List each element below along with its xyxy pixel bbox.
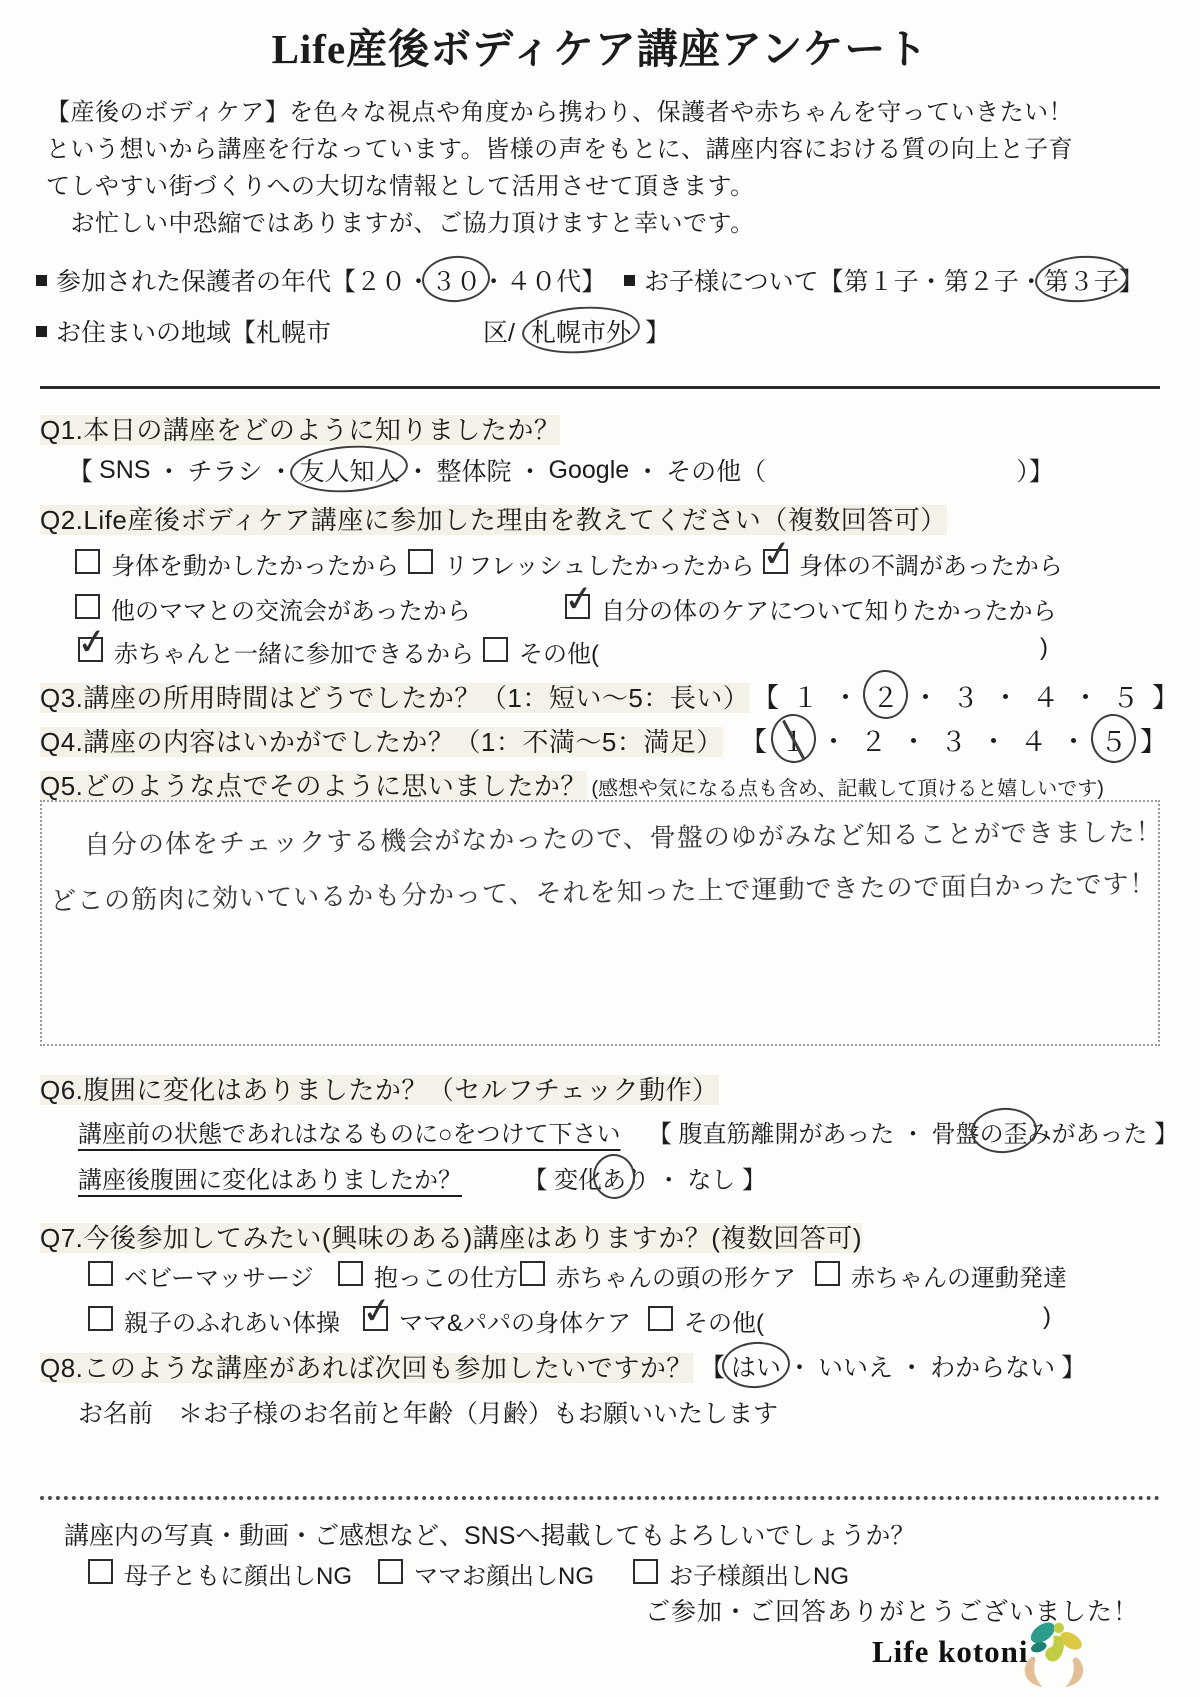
bracket: 】 [1154,1121,1178,1148]
profile-region-line: お住まいの地域 【 札幌市 区/ 札幌市外 】 [36,313,670,349]
scanned-survey-page: Life産後ボディケア講座アンケート 【産後のボディケア】を色々な視点や角度から… [0,0,1200,1697]
q3-scale-2: ２ [872,676,899,715]
q7-heading-text: Q7.今後参加してみたい(興味のある)講座はありますか？(複数回答可) [40,1223,862,1253]
q6-before-line: 講座前の状態であれはなるものに○をつけて下さい 【 腹直筋離開があった ・ 骨盤… [78,1114,1178,1149]
separator: ・ [820,720,847,759]
q2-item-5: 赤ちゃんと一緒に参加できるから [78,634,474,669]
bracket: 【 [752,676,779,715]
q5-heading: Q5.どのような点でそのように思いましたか？ (感想や気になる点も含め、記載して… [40,766,1104,803]
bracket: 】 [581,262,606,298]
q4-scale-1: １ [780,720,807,759]
separator: ・ [899,1348,924,1384]
q4-scale: 【 １ ・ ２ ・ ３ ・ ４ ・ ５ 】 [740,720,1180,759]
q2-heading-text: Q2.Life産後ボディケア講座に参加した理由を教えてください（複数回答可） [40,505,947,535]
q1-option-flyer: チラシ [187,452,262,488]
region-ward-label: 区/ [483,313,515,349]
q8-option-yes: はい [731,1348,781,1384]
section-divider [40,386,1160,389]
separator: ・ [406,262,431,298]
q3-scale-4: ４ [1032,676,1059,715]
checkbox-label: ママお顔出しNG [414,1556,594,1591]
checkbox-icon [75,594,100,619]
separator: ・ [518,452,543,488]
age-option-40: ４０代 [506,262,581,298]
q1-option-google: Google [549,456,630,485]
bracket: 【 [740,720,767,759]
checkbox-label: その他( [684,1303,764,1338]
q6-after-line: 講座後腹囲に変化はありましたか？ 【 変化あり ・ なし 】 [78,1160,766,1195]
name-field-label: お名前 ＊お子様のお名前と年齢（月齢）もお願いいたします [78,1394,778,1430]
sns-item-1: ママお顔出しNG [378,1556,594,1591]
q6-after-label: 講座後腹囲に変化はありましたか？ [78,1167,462,1194]
q8-options: 【 はい ・ いいえ ・ わからない 】 [700,1348,1092,1384]
q7-item-4: 親子のふれあい体操 [88,1303,340,1338]
checkbox-icon [75,549,100,574]
q6-after-option-pre: 変化 [554,1167,602,1194]
q6-after-option-tail: り [626,1167,650,1194]
q2-heading: Q2.Life産後ボディケア講座に参加した理由を教えてください（複数回答可） [40,500,947,537]
q2-item-0: 身体を動かしたかったから [75,546,399,581]
q6-before-option-1: 腹直筋離開があった [679,1121,895,1148]
q7-item-6: その他( [648,1303,764,1338]
q6-heading-text: Q6.腹囲に変化はありましたか？（セルフチェック動作） [40,1075,719,1105]
q6-heading: Q6.腹囲に変化はありましたか？（セルフチェック動作） [40,1070,719,1107]
checkbox-label: 赤ちゃんと一緒に参加できるから [114,634,474,669]
q3-heading: Q3.講座の所用時間はどうでしたか？（1：短い～5：長い） [40,678,749,715]
q2-item-6: その他( [483,634,599,669]
bracket: 【 [231,313,256,349]
checkbox-label: 赤ちゃんの運動発達 [851,1258,1067,1293]
checkbox-label: ベビーマッサージ [124,1258,314,1293]
separator: ・ [900,720,927,759]
q1-option-seitai: 整体院 [437,452,512,488]
q5-heading-note: (感想や気になる点も含め、記載して頂けると嬉しいです) [591,778,1104,800]
checkbox-label: 抱っこの仕方 [374,1258,518,1293]
q3-heading-text: Q3.講座の所用時間はどうでしたか？（1：短い～5：長い） [40,683,749,713]
separator: ・ [912,676,939,715]
checkbox-label: 他のママとの交流会があったから [111,591,471,626]
age-label: 参加された保護者の年代 [56,262,331,298]
q7-item-0: ベビーマッサージ [88,1258,314,1293]
q6-after-option-circled: あ [602,1160,626,1195]
q7-item-1: 抱っこの仕方 [338,1258,518,1293]
bracket: 】 [1119,262,1144,298]
q3-scale-1: １ [792,676,819,715]
checkbox-icon [88,1559,113,1584]
region-label: お住まいの地域 [56,313,231,349]
bracket: 【 [648,1121,672,1148]
sns-question: 講座内の写真・動画・ご感想など、SNSへ掲載してもよろしいでしょうか？ [64,1516,915,1552]
q1-option-other: その他（ [666,452,766,488]
dotted-divider [40,1496,1160,1500]
child-option-1: 第１子 [844,262,919,298]
checkbox-label: 赤ちゃんの頭の形ケア [556,1258,796,1293]
checkbox-icon [338,1261,363,1286]
checkbox-icon [520,1261,545,1286]
q8-heading-text: Q8.このような講座があれば次回も参加したいですか？ [40,1353,693,1383]
q7-item-5: ママ&パパの身体ケア [363,1303,631,1338]
bracket: 【 [68,452,93,488]
checkbox-icon [363,1306,388,1331]
region-outside-option: 札幌市外 [531,313,631,349]
q7-item-3: 赤ちゃんの運動発達 [815,1258,1067,1293]
intro-line: てしやすい街づくりへの大切な情報として活用させて頂きます。 [46,168,1160,205]
q7-heading: Q7.今後参加してみたい(興味のある)講座はありますか？(複数回答可) [40,1218,862,1255]
q2-item-3: 他のママとの交流会があったから [75,591,471,626]
q6-before-option-2-tail: みがあった [1028,1121,1148,1148]
q5-heading-text: Q5.どのような点でそのように思いましたか？ [40,771,587,801]
sns-item-2: お子様顔出しNG [633,1556,849,1591]
separator: ・ [1019,262,1044,298]
separator: ・ [635,452,660,488]
checkbox-label: その他( [519,634,599,669]
separator: ・ [919,262,944,298]
child-option-2: 第２子 [944,262,1019,298]
q7-other-close-paren: ) [1043,1303,1051,1331]
q7-item-2: 赤ちゃんの頭の形ケア [520,1258,796,1293]
checkbox-label: お子様顔出しNG [669,1556,849,1591]
form-title-ja: 産後ボディケア講座アンケート [346,26,928,72]
checkbox-label: リフレッシュしたかったから [444,546,754,581]
profile-age-children-line: 参加された保護者の年代 【 ２０ ・ ３０ ・ ４０代 】 お子様について 【 … [36,262,1144,298]
checkbox-icon [88,1306,113,1331]
q2-other-close-paren: ) [1040,634,1048,662]
life-kotoni-logo-icon [1014,1612,1094,1692]
q8-option-unsure: わからない [930,1348,1055,1384]
separator: ・ [980,720,1007,759]
separator: ・ [657,1167,681,1194]
age-option-20: ２０ [356,262,406,298]
q6-before-label: 講座前の状態であれはなるものに○をつけて下さい [78,1121,621,1148]
q2-item-1: リフレッシュしたかったから [408,546,754,581]
q3-scale-3: ３ [952,676,979,715]
region-city: 札幌市 [256,313,331,349]
separator: ・ [156,452,181,488]
q1-options: 【 SNS ・ チラシ ・ 友人知人 ・ 整体院 ・ Google ・ その他（… [68,452,1060,488]
q2-item-4: 自分の体のケアについて知りたかったから [565,591,1057,626]
q4-heading-text: Q4.講座の内容はいかがでしたか？（1：不満～5：満足） [40,727,723,757]
square-bullet-icon [624,275,635,286]
q3-scale-5: ５ [1112,676,1139,715]
form-title: Life産後ボディケア講座アンケート [0,16,1200,75]
q6-before-option-2-circled: の歪 [980,1114,1028,1149]
children-label: お子様について [644,262,819,298]
q1-heading: Q1.本日の講座をどのように知りましたか？ [40,410,560,447]
intro-line: という想いから講座を行なっています。皆様の声をもとに、講座内容における質の向上と… [46,131,1160,168]
bracket: 【 [700,1348,725,1384]
separator: ・ [1060,720,1087,759]
q4-heading: Q4.講座の内容はいかがでしたか？（1：不満～5：満足） [40,722,723,759]
q6-after-option-none: なし [687,1167,735,1194]
intro-line: 【産後のボディケア】を色々な視点や角度から携わり、保護者や赤ちゃんを守っていきた… [46,94,1160,131]
checkbox-label: 自分の体のケアについて知りたかったから [601,591,1057,626]
bracket: 】 [645,313,670,349]
square-bullet-icon [36,275,47,286]
separator: ・ [992,676,1019,715]
separator: ・ [1072,676,1099,715]
q3-scale: 【 １ ・ ２ ・ ３ ・ ４ ・ ５ 】 [752,676,1192,715]
age-option-30: ３０ [431,262,481,298]
bracket: 】 [742,1167,766,1194]
checkbox-icon [565,594,590,619]
bracket: 】 [1061,1348,1086,1384]
sns-item-0: 母子ともに顔出しNG [88,1556,352,1591]
q6-before-option-2-head: 骨盤 [932,1121,980,1148]
separator: ・ [481,262,506,298]
q1-heading-text: Q1.本日の講座をどのように知りましたか？ [40,415,560,445]
q1-option-sns: SNS [99,456,150,485]
q4-scale-4: ４ [1020,720,1047,759]
q1-option-friend: 友人知人 [299,452,399,488]
checkbox-icon [648,1306,673,1331]
checkbox-label: ママ&パパの身体ケア [399,1303,631,1338]
q2-item-2: 身体の不調があったから [763,546,1063,581]
logo-text: Life kotoni. [872,1634,1037,1670]
checkbox-label: 親子のふれあい体操 [124,1303,340,1338]
q8-option-no: いいえ [818,1348,893,1384]
checkbox-icon [815,1261,840,1286]
bracket: 】 [1140,720,1167,759]
checkbox-label: 身体を動かしたかったから [111,546,399,581]
bracket: 【 [819,262,844,298]
separator: ・ [901,1121,925,1148]
q8-heading: Q8.このような講座があれば次回も参加したいですか？ [40,1348,693,1385]
checkbox-label: 身体の不調があったから [799,546,1063,581]
checkbox-label: 母子ともに顔出しNG [124,1556,352,1591]
checkbox-icon [408,549,433,574]
intro-paragraph: 【産後のボディケア】を色々な視点や角度から携わり、保護者や赤ちゃんを守っていきた… [46,94,1160,242]
form-title-en: Life [272,26,347,72]
checkbox-icon [88,1261,113,1286]
separator: ・ [405,452,430,488]
bracket: 【 [331,262,356,298]
q4-scale-5: ５ [1100,720,1127,759]
separator: ・ [832,676,859,715]
bracket: ）】 [1016,452,1054,488]
checkbox-icon [763,549,788,574]
q4-scale-2: ２ [860,720,887,759]
q4-scale-3: ３ [940,720,967,759]
square-bullet-icon [36,326,47,337]
intro-line: お忙しい中恐縮ではありますが、ご協力頂けますと幸いです。 [46,205,1160,242]
checkbox-icon [633,1559,658,1584]
checkbox-icon [78,637,103,662]
separator: ・ [787,1348,812,1384]
child-option-3: 第３子 [1044,262,1119,298]
bracket: 【 [523,1167,547,1194]
checkbox-icon [483,637,508,662]
checkbox-icon [378,1559,403,1584]
bracket: 】 [1152,676,1179,715]
separator: ・ [268,452,293,488]
